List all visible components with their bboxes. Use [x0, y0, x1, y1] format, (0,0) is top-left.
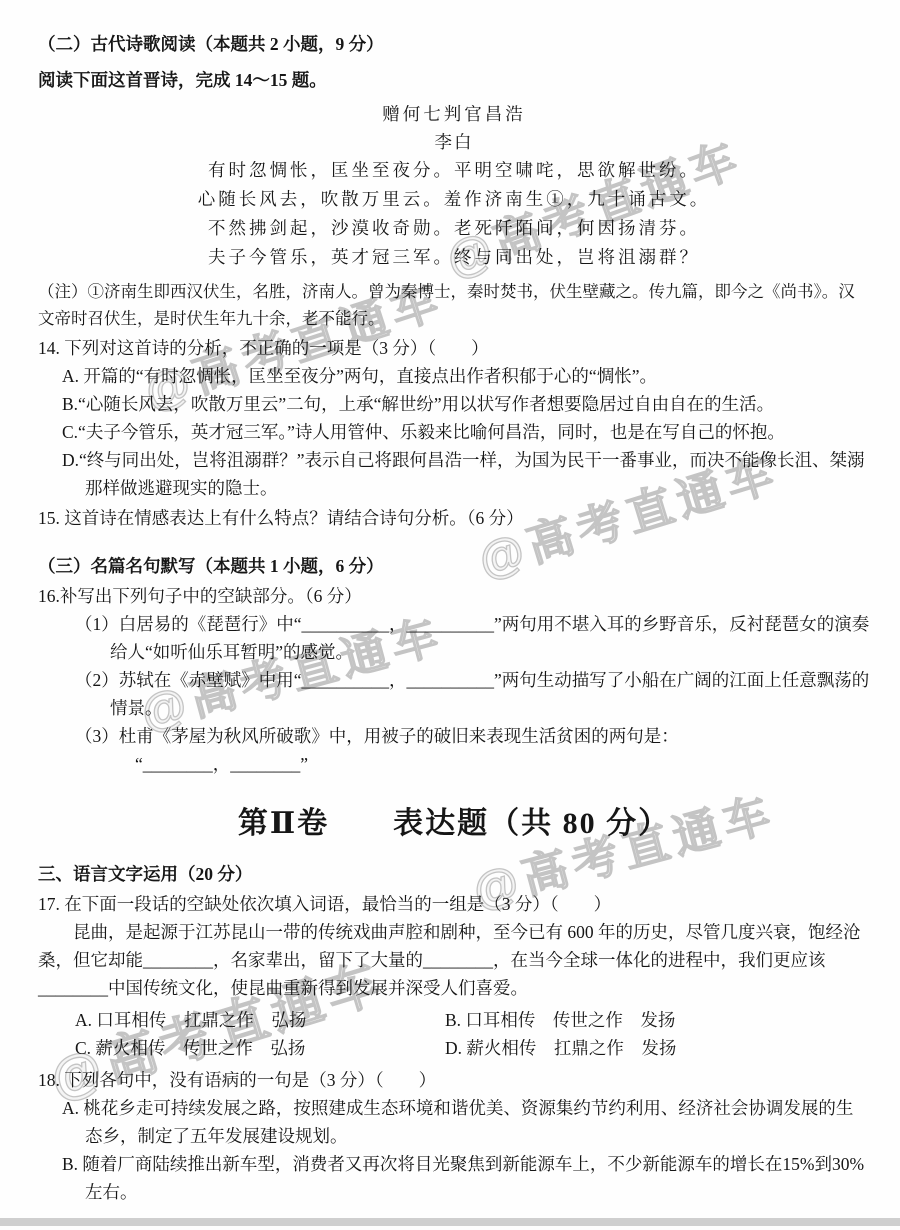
poem-line: 心随长风去，吹散万里云。羞作济南生①，九十诵古文。: [38, 185, 870, 214]
exam-page: @高考直通车 @高考直通车 @高考直通车 @高考直通车 @高考直通车 @高考直通…: [0, 0, 900, 1230]
question-17-stem: 17. 在下面一段话的空缺处依次填入词语，最恰当的一组是（3 分）（ ）: [38, 890, 870, 918]
question-16-item-3-blank: “________，________”: [38, 750, 870, 778]
question-17-options: A. 口耳相传 扛鼎之作 弘扬 B. 口耳相传 传世之作 发扬 C. 薪火相传 …: [75, 1006, 870, 1062]
question-16-item-2: （2）苏轼在《赤壁赋》中用“__________，__________”两句生动…: [38, 666, 870, 722]
poem-author: 李白: [38, 128, 870, 156]
question-17-option-a: A. 口耳相传 扛鼎之作 弘扬: [75, 1006, 445, 1034]
part-2-title: 第Ⅱ卷 表达题（共 80 分）: [38, 802, 870, 846]
poem-line: 有时忽惆怅，匡坐至夜分。平明空啸咤，思欲解世纷。: [38, 156, 870, 185]
question-18-option-a: A. 桃花乡走可持续发展之路，按照建成生态环境和谐优美、资源集约节约利用、经济社…: [38, 1094, 870, 1150]
question-16-item-3: （3）杜甫《茅屋为秋风所破歌》中，用被子的破旧来表现生活贫困的两句是：: [38, 722, 870, 750]
poem: 赠何七判官昌浩 李白 有时忽惆怅，匡坐至夜分。平明空啸咤，思欲解世纷。 心随长风…: [38, 100, 870, 272]
question-14-option-d: D.“终与同出处，岂将沮溺群？”表示自己将跟何昌浩一样，为国为民干一番事业，而决…: [38, 446, 870, 502]
question-14-option-b: B.“心随长风去，吹散万里云”二句，上承“解世纷”用以状写作者想要隐居过自由自在…: [38, 390, 870, 418]
question-18-stem: 18. 下列各句中，没有语病的一句是（3 分）（ ）: [38, 1066, 870, 1094]
section-2-heading: （二）古代诗歌阅读（本题共 2 小题，9 分）: [38, 30, 870, 58]
question-17-passage: 昆曲，是起源于江苏昆山一带的传统戏曲声腔和剧种，至今已有 600 年的历史，尽管…: [38, 918, 870, 1002]
poem-line: 不然拂剑起，沙漠收奇勋。老死阡陌间，何因扬清芬。: [38, 214, 870, 243]
question-14-stem: 14. 下列对这首诗的分析，不正确的一项是（3 分）（ ）: [38, 334, 870, 362]
question-15-stem: 15. 这首诗在情感表达上有什么特点？请结合诗句分析。（6 分）: [38, 504, 870, 532]
poem-title: 赠何七判官昌浩: [38, 100, 870, 128]
section-2-intro: 阅读下面这首晋诗，完成 14～15 题。: [38, 66, 870, 94]
question-16-stem: 16.补写出下列句子中的空缺部分。（6 分）: [38, 582, 870, 610]
question-17-option-b: B. 口耳相传 传世之作 发扬: [445, 1006, 870, 1034]
question-17-option-c: C. 薪火相传 传世之作 弘扬: [75, 1034, 445, 1062]
question-14-option-a: A. 开篇的“有时忽惆怅，匡坐至夜分”两句，直接点出作者积郁于心的“惆怅”。: [38, 362, 870, 390]
question-16-item-1: （1）白居易的《琵琶行》中“__________，__________”两句用不…: [38, 610, 870, 666]
question-14-option-c: C.“夫子今管乐，英才冠三军。”诗人用管仲、乐毅来比喻何昌浩，同时，也是在写自己…: [38, 418, 870, 446]
scan-edge: [0, 1218, 900, 1226]
poem-line: 夫子今管乐，英才冠三军。终与同出处，岂将沮溺群？: [38, 243, 870, 272]
question-17-option-d: D. 薪火相传 扛鼎之作 发扬: [445, 1034, 870, 1062]
poem-note: （注）①济南生即西汉伏生，名胜，济南人。曾为秦博士，秦时焚书，伏生壁藏之。传九篇…: [38, 278, 870, 332]
question-18-option-b: B. 随着厂商陆续推出新车型，消费者又再次将目光聚焦到新能源车上，不少新能源车的…: [38, 1150, 870, 1206]
language-use-heading: 三、语言文字运用（20 分）: [38, 860, 870, 888]
section-3-heading: （三）名篇名句默写（本题共 1 小题，6 分）: [38, 552, 870, 580]
